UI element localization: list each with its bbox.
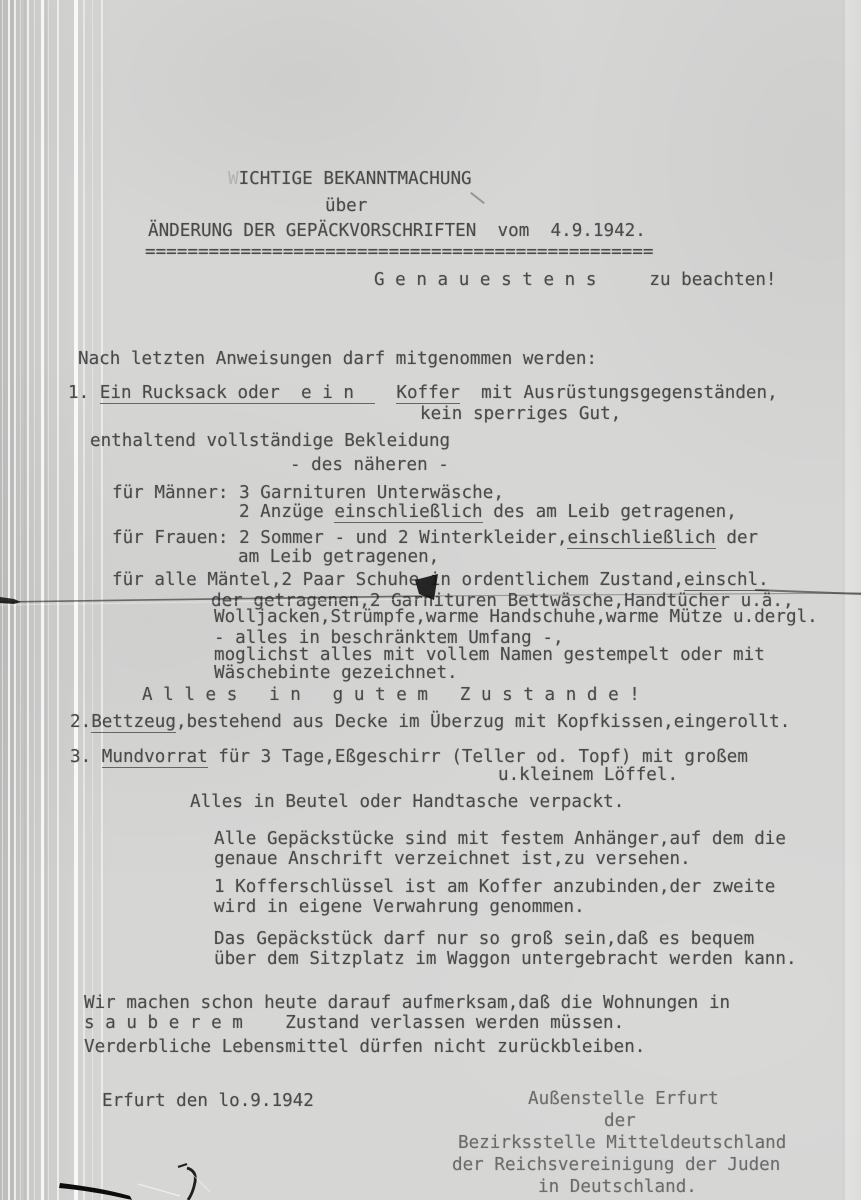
doc-line: am Leib getragenen, <box>238 548 439 567</box>
crease-left-blob <box>0 597 21 604</box>
doc-line-item-2: 2.Bettzeug,bestehend aus Decke im Überzu… <box>70 713 790 732</box>
doc-line: über dem Sitzplatz im Waggon untergebrac… <box>214 950 797 969</box>
tear-scratch <box>190 1172 210 1192</box>
doc-line: 1 Kofferschlüssel ist am Koffer anzubind… <box>214 878 775 897</box>
signature-line: in Deutschland. <box>538 1178 697 1197</box>
doc-line: genaue Anschrift verzeichnet ist,zu vers… <box>214 850 691 869</box>
ink-stroke <box>59 1183 132 1200</box>
doc-title-line-3: ÄNDERUNG DER GEPÄCKVORSCHRIFTEN vom 4.9.… <box>148 222 646 241</box>
doc-line: enthaltend vollständige Bekleidung <box>90 432 450 451</box>
doc-line: - des näheren - <box>290 456 449 475</box>
doc-line: für Männer: 3 Garnituren Unterwäsche, <box>112 484 504 503</box>
doc-line: für alle Mäntel,2 Paar Schuhe in ordentl… <box>112 571 769 590</box>
doc-line: Nach letzten Anweisungen darf mitgenomme… <box>78 350 597 369</box>
page-right-edge <box>843 0 861 1200</box>
doc-line: kein sperriges Gut, <box>420 405 621 424</box>
ink-hook <box>187 1168 195 1200</box>
doc-line: Wir machen schon heute darauf aufmerksam… <box>84 994 730 1013</box>
doc-line: Verderbliche Lebensmittel dürfen nicht z… <box>84 1038 645 1057</box>
doc-line: Alle Gepäckstücke sind mit festem Anhäng… <box>214 830 786 849</box>
notice-line: G e n a u e s t e n s zu beachten! <box>374 271 777 290</box>
doc-title-underline-row: ========================================… <box>145 243 653 262</box>
doc-line: wird in eigene Verwahrung genommen. <box>214 898 585 917</box>
doc-line: Das Gepäckstück darf nur so groß sein,da… <box>214 930 754 949</box>
doc-line: u.kleinem Löffel. <box>498 766 678 785</box>
doc-line: für Frauen: 2 Sommer - und 2 Winterkleid… <box>112 529 758 548</box>
signature-line: der <box>604 1112 636 1131</box>
scanned-document-page: { "colors": { "paper": "#d6d6d5", "ink":… <box>0 0 861 1200</box>
scratch-mark <box>470 192 485 204</box>
doc-line: s a u b e r e m Zustand verlassen werden… <box>84 1014 624 1033</box>
date-line: Erfurt den lo.9.1942 <box>102 1092 314 1111</box>
bottom-ink-marks <box>40 1162 320 1200</box>
doc-line: Wolljacken,Strümpfe,warme Handschuhe,war… <box>214 608 818 627</box>
signature-line: Außenstelle Erfurt <box>528 1090 719 1109</box>
doc-line-emphasis: A l l e s i n g u t e m Z u s t a n d e … <box>142 686 640 705</box>
ink-flick <box>178 1164 187 1167</box>
doc-line: 2 Anzüge einschließlich des am Leib getr… <box>239 503 737 522</box>
doc-line: Wäschebinte gezeichnet. <box>214 664 458 683</box>
signature-line: Bezirksstelle Mitteldeutschland <box>458 1134 786 1153</box>
doc-line-item-1: 1. Ein Rucksack oder e i n Koffer mit Au… <box>68 384 778 403</box>
doc-title-line-1: WICHTIGE BEKANNTMACHUNG <box>228 170 472 189</box>
tear-scratch <box>138 1184 180 1196</box>
doc-line: Alles in Beutel oder Handtasche verpackt… <box>190 793 624 812</box>
doc-title-line-2: über <box>325 197 367 216</box>
signature-line: der Reichsvereinigung der Juden <box>452 1156 780 1175</box>
